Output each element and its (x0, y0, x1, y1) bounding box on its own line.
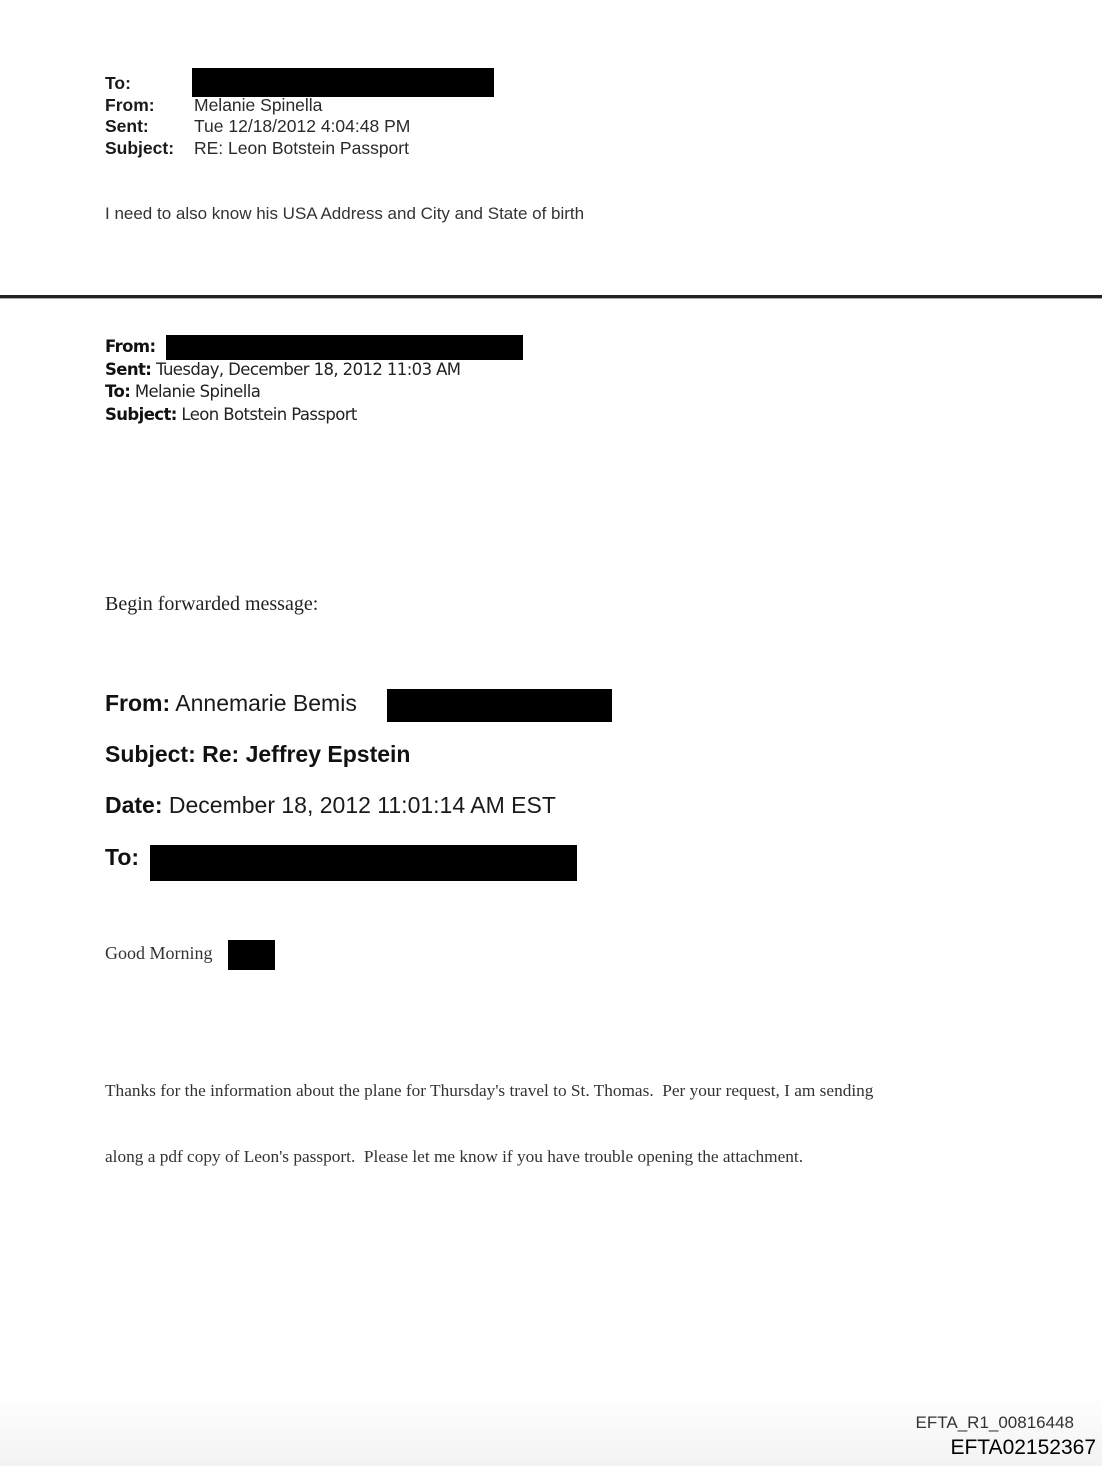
fwd-from-label: From: (105, 690, 170, 716)
from-row: From: Melanie Spinella (105, 95, 410, 117)
fwd-from-row: From: Annemarie Bemis (105, 690, 357, 717)
redaction-fwd-to (150, 845, 577, 881)
redaction-fwd-from (387, 689, 612, 722)
bates-number: EFTA02152367 (950, 1436, 1096, 1460)
fwd-to-label: To: (105, 844, 139, 870)
forward-intro: Begin forwarded message: (105, 593, 318, 616)
fwd-subject-value: Re: Jeffrey Epstein (202, 741, 410, 767)
to-row-2: To: Melanie Spinella (105, 381, 460, 404)
to-value-2: Melanie Spinella (135, 382, 260, 401)
subject-row: Subject: RE: Leon Botstein Passport (105, 138, 410, 160)
body-line-1: Thanks for the information about the pla… (105, 1080, 873, 1102)
from-label: From: (105, 95, 194, 117)
sent-row-2: Sent: Tuesday, December 18, 2012 11:03 A… (105, 359, 460, 382)
redaction-greeting-name (228, 940, 275, 970)
subject-value-2: Leon Botstein Passport (181, 405, 356, 424)
subject-row-2: Subject: Leon Botstein Passport (105, 404, 460, 427)
sent-row: Sent: Tue 12/18/2012 4:04:48 PM (105, 116, 410, 138)
fwd-date-value: December 18, 2012 11:01:14 AM EST (169, 792, 556, 818)
redaction-from-2 (166, 335, 523, 360)
subject-label: Subject: (105, 138, 194, 160)
from-value: Melanie Spinella (194, 95, 322, 117)
to-label: To: (105, 73, 194, 95)
fwd-subject-label: Subject: (105, 741, 196, 767)
greeting: Good Morning (105, 943, 213, 964)
fwd-to-row: To: (105, 844, 139, 871)
from-label-2: From: (105, 337, 155, 356)
message1-body: I need to also know his USA Address and … (105, 204, 584, 224)
forwarded-body: Thanks for the information about the pla… (105, 1036, 873, 1190)
fwd-from-value: Annemarie Bemis (175, 690, 357, 716)
body-line-2: along a pdf copy of Leon's passport. Ple… (105, 1146, 873, 1168)
bates-number-r1: EFTA_R1_00816448 (916, 1413, 1074, 1433)
sent-label-2: Sent: (105, 360, 151, 379)
fwd-subject-row: Subject: Re: Jeffrey Epstein (105, 741, 410, 768)
subject-value: RE: Leon Botstein Passport (194, 138, 409, 160)
to-label-2: To: (105, 382, 130, 401)
fwd-date-label: Date: (105, 792, 163, 818)
sent-value-2: Tuesday, December 18, 2012 11:03 AM (156, 360, 460, 379)
fwd-date-row: Date: December 18, 2012 11:01:14 AM EST (105, 792, 556, 819)
sent-label: Sent: (105, 116, 194, 138)
redaction-to-1 (192, 68, 494, 97)
message-divider (0, 295, 1102, 298)
subject-label-2: Subject: (105, 405, 177, 424)
sent-value: Tue 12/18/2012 4:04:48 PM (194, 116, 410, 138)
